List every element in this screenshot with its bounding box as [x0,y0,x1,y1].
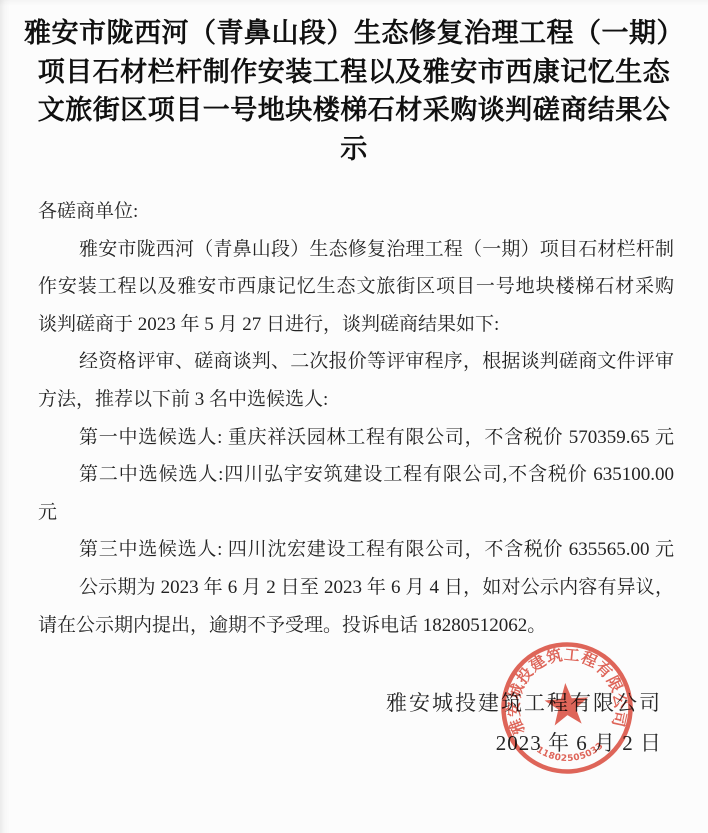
title-line: 雅安市陇西河（青鼻山段）生态修复治理工程（一期） [24,15,684,54]
document-body: 各磋商单位: 雅安市陇西河（青鼻山段）生态修复治理工程（一期）项目石材栏杆制 作… [38,193,674,644]
body-line: 第一中选候选人: 重庆祥沃园林工程有限公司，不含税价 570359.65 元 [38,419,674,457]
body-line: 公示期为 2023 年 6 月 2 日至 2023 年 6 月 4 日，如对公示… [38,569,674,607]
title-line: 示 [24,131,684,170]
body-line: 各磋商单位: [38,193,674,231]
announcement-title: 雅安市陇西河（青鼻山段）生态修复治理工程（一期） 项目石材栏杆制作安装工程以及雅… [0,0,708,169]
seal-number-text: 5118025050330 [481,622,607,770]
body-line: 作安装工程以及雅安市西康记忆生态文旅街区项目一号地块楼梯石材采购 [38,268,674,306]
star-icon [543,682,590,727]
body-line: 元 [38,494,674,532]
document-page: 雅安市陇西河（青鼻山段）生态修复治理工程（一期） 项目石材栏杆制作安装工程以及雅… [0,0,708,833]
body-line: 雅安市陇西河（青鼻山段）生态修复治理工程（一期）项目石材栏杆制 [38,231,674,269]
title-line: 项目石材栏杆制作安装工程以及雅安市西康记忆生态 [24,54,684,93]
body-line: 第三中选候选人: 四川沈宏建设工程有限公司，不含税价 635565.00 元 [38,531,674,569]
body-line: 经资格评审、磋商谈判、二次报价等评审程序，根据谈判磋商文件评审 [38,343,674,381]
body-line: 方法，推荐以下前 3 名中选候选人: [38,381,674,419]
title-line: 文旅街区项目一号地块楼梯石材采购谈判磋商结果公 [24,92,684,131]
official-seal-stamp: 雅安城投建筑工程有限公司 5118025050330 [481,622,654,795]
body-line: 谈判磋商于 2023 年 5 月 27 日进行，谈判磋商结果如下: [38,306,674,344]
body-line: 第二中选候选人:四川弘宇安筑建设工程有限公司,不含税价 635100.00 [38,456,674,494]
